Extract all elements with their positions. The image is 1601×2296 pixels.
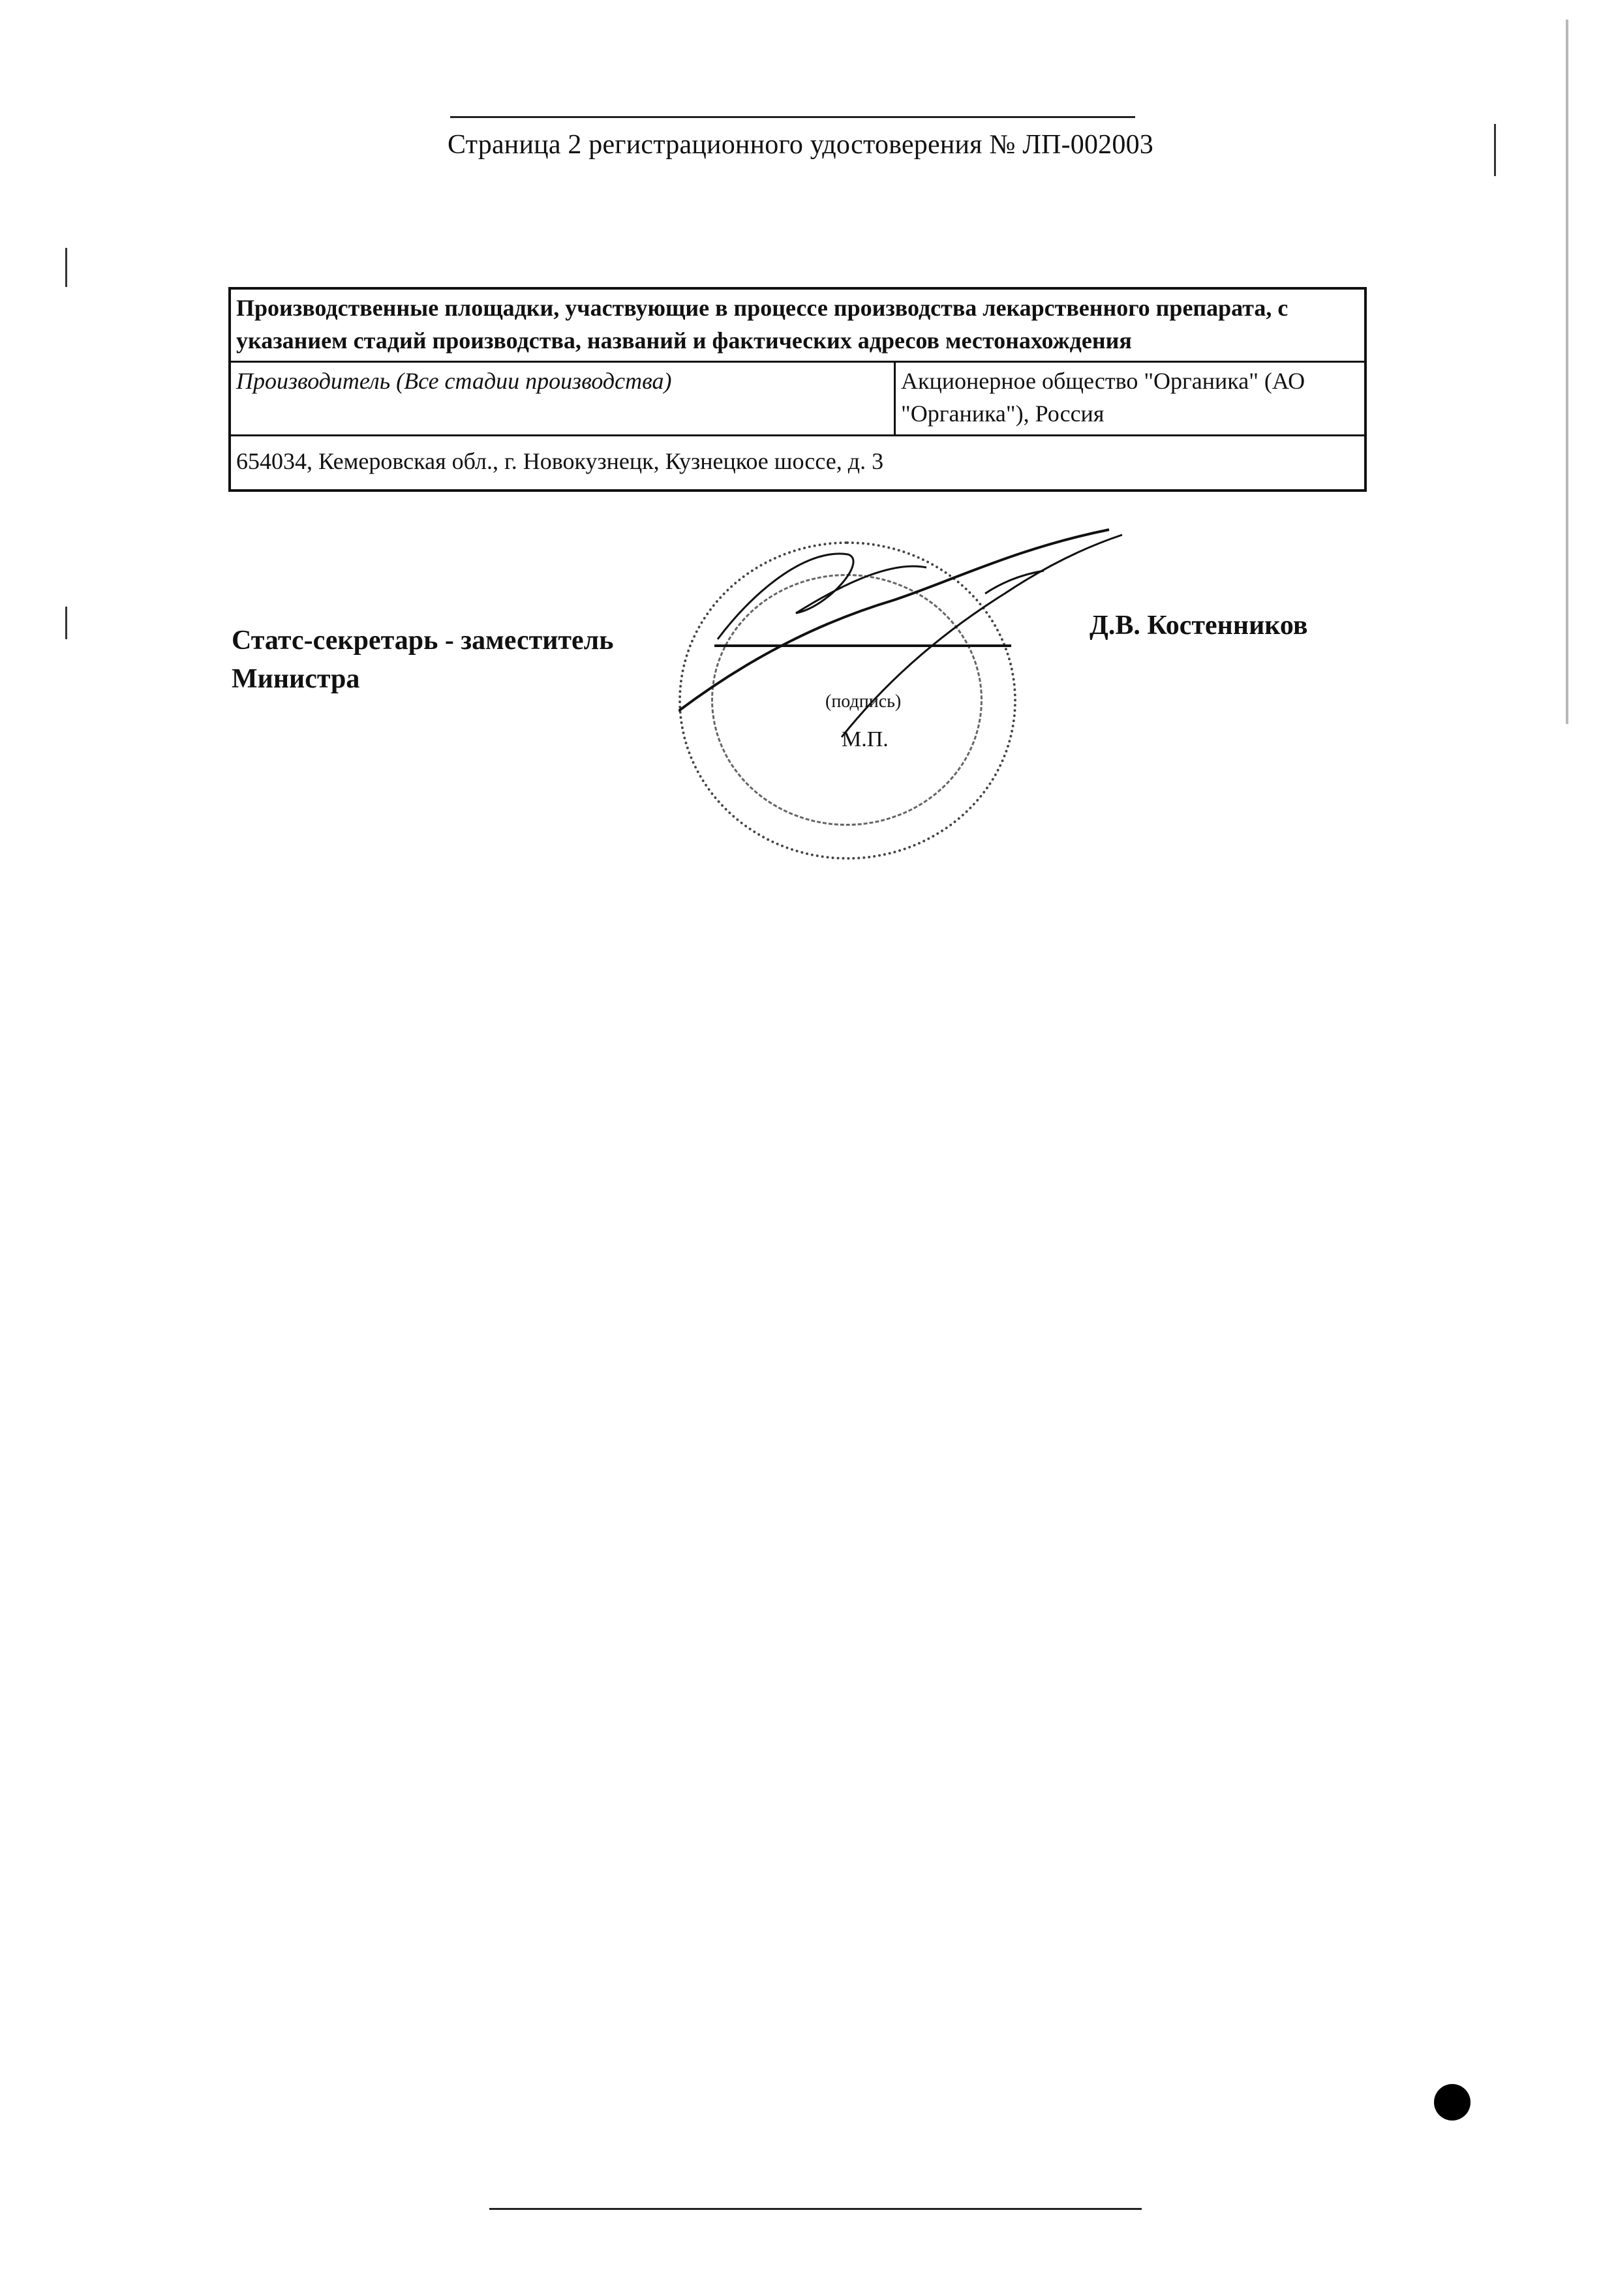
scan-artifact [65,248,67,287]
scan-artifact [65,607,67,639]
handwritten-signature-icon [679,522,1135,770]
seal-caption: М.П. [842,727,889,752]
table-header-cell: Производственные площадки, участвующие в… [230,288,1365,362]
scan-artifact [1494,124,1496,176]
manufacturer-role-cell: Производитель (Все стадии производства) [230,362,895,435]
table-row: Производитель (Все стадии производства) … [230,362,1365,435]
address-cell: 654034, Кемеровская обл., г. Новокузнецк… [230,435,1365,491]
signer-name: Д.В. Костенников [1090,610,1308,641]
signer-title-line1: Статс-секретарь - заместитель [232,622,613,660]
scan-artifact [1566,20,1568,724]
table-row: 654034, Кемеровская обл., г. Новокузнецк… [230,435,1365,491]
signer-title: Статс-секретарь - заместитель Министра [232,622,613,699]
page-title: Страница 2 регистрационного удостоверени… [0,129,1601,160]
scan-artifact-dot [1434,2084,1471,2121]
signature-caption: (подпись) [825,691,901,712]
scan-top-rule [450,116,1135,118]
table-header-row: Производственные площадки, участвующие в… [230,288,1365,362]
manufacturer-organization-cell: Акционерное общество "Органика" (АО "Орг… [895,362,1366,435]
signer-title-line2: Министра [232,660,613,699]
production-sites-table: Производственные площадки, участвующие в… [228,287,1367,492]
scan-bottom-rule [489,2208,1142,2210]
